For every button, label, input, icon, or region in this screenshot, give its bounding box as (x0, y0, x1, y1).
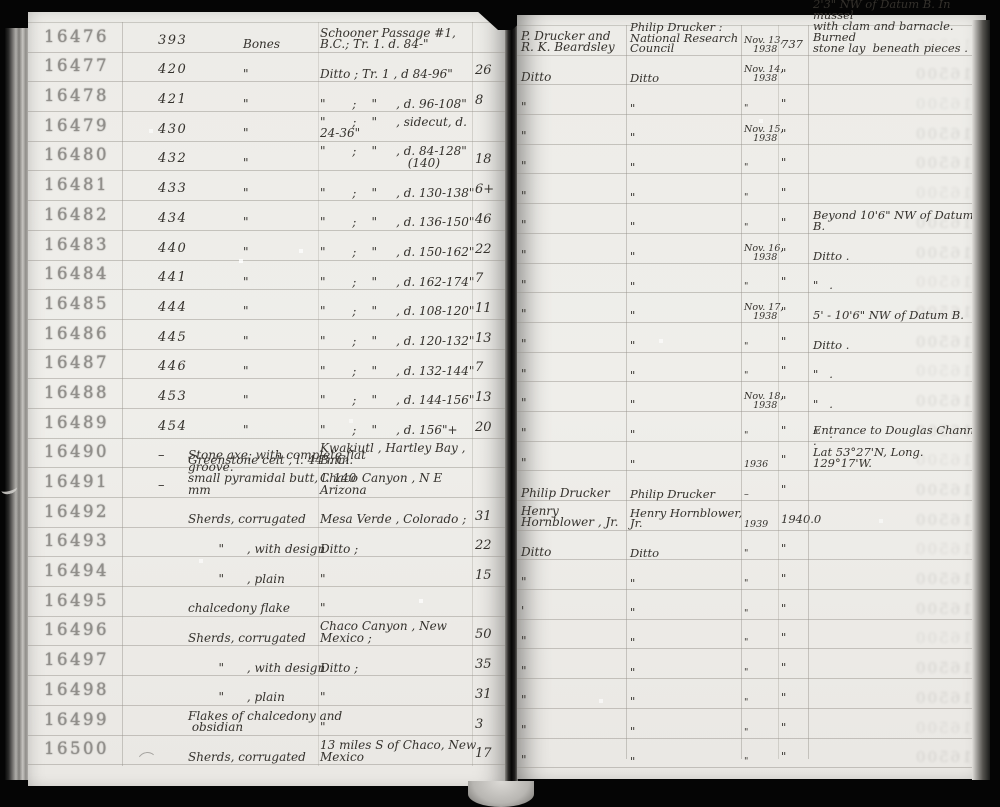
bleed-through-number: 16500 (914, 748, 972, 766)
donor-cell: " (630, 162, 743, 173)
donor-cell: " (630, 696, 743, 707)
column-rule (741, 25, 742, 759)
ledger-row: 16500Sherds, corrugated13 miles S of Cha… (28, 736, 507, 766)
locality-cell: " ; " , d. 136-150" (320, 217, 480, 229)
locality-cell: " ; " , d. 162-174" (320, 277, 480, 289)
collector-cell: " (521, 191, 629, 203)
donor-cell: Philip Drucker : National Research Counc… (630, 22, 743, 54)
collector-cell: " (521, 250, 629, 262)
donor-cell: Henry Hornblower, Jr. (630, 508, 743, 529)
locality-cell: Chaco Canyon , New Mexico ; (320, 621, 480, 644)
bleed-through-number: 16500 (914, 95, 972, 113)
catalog-number-cell: 16500 (44, 739, 126, 758)
ledger-row: """"16500 (517, 145, 986, 175)
collector-cell: Henry Hornblower , Jr. (521, 506, 629, 529)
donor-cell: " (630, 132, 743, 143)
catalog-number-cell: 16483 (44, 235, 126, 254)
collector-cell: " (521, 666, 629, 678)
bleed-through-number: 16500 (914, 362, 972, 380)
ledger-row: 16480432"" ; " , d. 84-128" (140)18 (28, 142, 507, 172)
catalog-number-cell: 16479 (44, 116, 126, 135)
donor-cell: " (630, 399, 743, 410)
bleed-through-number: 16500 (914, 659, 972, 677)
donor-cell: " (630, 370, 743, 381)
column-rule (122, 22, 123, 766)
column-rule (626, 25, 627, 759)
ledger-row: 16492Sherds, corrugatedMesa Verde , Colo… (28, 498, 507, 528)
ledger-row: Henry Hornblower , Jr.Henry Hornblower, … (517, 501, 986, 531)
locality-cell: " ; " , sidecut, d. 24-36" (320, 117, 480, 140)
ledger-row: 16482434"" ; " , d. 136-150"46 (28, 201, 507, 231)
locality-cell: Mesa Verde , Colorado ; (320, 514, 480, 526)
bleed-through-number: 16500 (914, 184, 972, 202)
ledger-row: 16491–Stone axe; with complete flat groo… (28, 468, 507, 498)
locality-cell: Ditto ; (320, 544, 480, 556)
locality-cell: " ; " , d. 144-156" (320, 395, 480, 407)
collector-cell: Philip Drucker (521, 488, 629, 500)
scanned-ledger-spread: 16476393BonesSchooner Passage #1, B.C.; … (0, 0, 1000, 807)
ledger-row: 16479430"" ; " , sidecut, d. 24-36" (28, 112, 507, 142)
ledger-row: ""Nov. 16, 1938"Ditto .16500 (517, 234, 986, 264)
bleed-through-number: 16500 (914, 392, 972, 410)
ledger-row: 16495chalcedony flake" (28, 587, 507, 617)
ledger-row: """"" .16500 (517, 264, 986, 294)
locality-cell: " (320, 574, 480, 586)
donor-cell: Ditto (630, 73, 743, 84)
catalog-number-cell: 16489 (44, 413, 126, 432)
collector-cell: " (521, 755, 629, 767)
collector-cell: Ditto (521, 547, 629, 559)
ledger-row: """"16500 (517, 85, 986, 115)
column-rule (472, 22, 473, 766)
column-rule (778, 25, 779, 759)
locality-cell: Ditto ; Tr. 1 , d 84-96" (320, 69, 480, 81)
collector-cell: " (521, 309, 629, 321)
donor-cell: " (630, 310, 743, 321)
catalog-number-cell: 16498 (44, 680, 126, 699)
locality-cell: 13 miles S of Chaco, New Mexico (320, 740, 480, 763)
donor-cell: " (630, 251, 743, 262)
ledger-row: ""Nov. 17, 1938"5' - 10'6" NW of Datum B… (517, 293, 986, 323)
catalog-number-cell: 16482 (44, 205, 126, 224)
collector-cell: " (521, 695, 629, 707)
locality-cell: Ditto ; (320, 663, 480, 675)
ledger-row: 16497 " , with designDitto ;35 (28, 646, 507, 676)
ledger-row: 16486445"" ; " , d. 120-132"13 (28, 320, 507, 350)
left-page-rows: 16476393BonesSchooner Passage #1, B.C.; … (28, 22, 507, 765)
collector-cell: " (521, 369, 629, 381)
ledger-row: 16493 " , with designDitto ;22 (28, 528, 507, 558)
bleed-through-number: 16500 (914, 600, 972, 618)
right-page-rows: P. Drucker and R. K. BeardsleyPhilip Dru… (517, 25, 986, 768)
ledger-row: """"16500 (517, 649, 986, 679)
locality-cell: " (320, 603, 480, 615)
catalog-number-cell: 16493 (44, 531, 126, 550)
ledger-row: DittoDitto""16500 (517, 531, 986, 561)
ledger-row: 16498 " , plain"31 (28, 676, 507, 706)
catalog-number-cell: 16492 (44, 502, 126, 521)
bleed-through-number: 16500 (914, 511, 972, 529)
collector-cell: " (521, 220, 629, 232)
locality-cell: " ; " , d. 120-132" (320, 336, 480, 348)
ledger-row: """"16500 (517, 620, 986, 650)
locality-cell: Schooner Passage #1, B.C.; Tr. 1. d. 84-… (320, 28, 480, 51)
column-rule (808, 25, 809, 759)
ledger-row: ""Nov. 15, 1938"16500 (517, 115, 986, 145)
bleed-through-number: 16500 (914, 481, 972, 499)
locality-cell: " ; " , d. 84-128" (140) (320, 146, 480, 169)
ledger-row: """"16500 (517, 679, 986, 709)
collector-cell: " (521, 161, 629, 173)
locality-cell: Chaco Canyon , N E Arizona (320, 473, 480, 496)
locality-cell: " ; " , d. 132-144" (320, 366, 480, 378)
catalog-number-cell: 16484 (44, 264, 126, 283)
donor-cell: " (630, 667, 743, 678)
bleed-through-number: 16500 (914, 629, 972, 647)
book-right-page-edges (972, 20, 990, 780)
ledger-row: 16478421"" ; " , d. 96-108"8 (28, 82, 507, 112)
bleed-through-number: 16500 (914, 303, 972, 321)
donor-cell: " (630, 726, 743, 737)
donor-cell: " (630, 459, 743, 470)
collector-cell: " (521, 280, 629, 292)
bleed-through-number: 16500 (914, 273, 972, 291)
catalog-number-cell: 16487 (44, 353, 126, 372)
bleed-through-number: 16500 (914, 451, 972, 469)
ledger-row: 16484441"" ; " , d. 162-174"7 (28, 261, 507, 291)
catalog-number-cell: 16490 (44, 442, 126, 461)
donor-cell: " (630, 756, 743, 767)
collector-cell: " (521, 102, 629, 114)
catalog-number-cell: 16491 (44, 472, 126, 491)
ledger-row: """"" .16500 (517, 353, 986, 383)
collector-cell: ' (521, 606, 629, 618)
ledger-row: ""1936"Entrance to Douglas Channel . Lat… (517, 442, 986, 472)
locality-cell: " ; " , d. 150-162" (320, 247, 480, 259)
locality-cell: " (320, 692, 480, 704)
bleed-through-number: 16500 (914, 719, 972, 737)
page-corner-curl (468, 781, 534, 807)
ledger-row: 16476393BonesSchooner Passage #1, B.C.; … (28, 23, 507, 53)
bleed-through-number: 16500 (914, 244, 972, 262)
collector-cell: " (521, 458, 629, 470)
collector-cell: " (521, 636, 629, 648)
donor-cell: " (630, 103, 743, 114)
bleed-through-number: 16500 (914, 125, 972, 143)
catalog-number-cell: 16494 (44, 561, 126, 580)
catalog-number-cell: 16480 (44, 145, 126, 164)
collector-cell: P. Drucker and R. K. Beardsley (521, 31, 629, 54)
ledger-row: ""Nov. 18, 1938"" .16500 (517, 382, 986, 412)
locality-cell: " (320, 722, 480, 734)
donor-cell: Ditto (630, 548, 743, 559)
ledger-row: 16499Flakes of chalcedony and obsidian"3 (28, 706, 507, 736)
donor-cell: " (630, 607, 743, 618)
collector-cell: " (521, 428, 629, 440)
ledger-row: P. Drucker and R. K. BeardsleyPhilip Dru… (517, 26, 986, 56)
locality-cell: " ; " , d. 108-120" (320, 306, 480, 318)
collector-cell: " (521, 577, 629, 589)
ledger-row: 16477420"Ditto ; Tr. 1 , d 84-96"26 (28, 53, 507, 83)
ledger-row: 16496Sherds, corrugatedChaco Canyon , Ne… (28, 617, 507, 647)
ledger-row: """"16500 (517, 739, 986, 769)
scan-noise (0, 0, 2, 2)
ledger-row: """"16500 (517, 174, 986, 204)
ledger-row: 16494 " , plain"15 (28, 557, 507, 587)
collector-cell: " (521, 339, 629, 351)
ledger-row: """"Beyond 10'6" NW of Datum B.16500 (517, 204, 986, 234)
ledger-row: 16487446"" ; " , d. 132-144"7 (28, 350, 507, 380)
catalog-number-cell: 16499 (44, 710, 126, 729)
ledger-row: """"16500 (517, 560, 986, 590)
collector-cell: " (521, 725, 629, 737)
catalog-number-cell: 16477 (44, 56, 126, 75)
bleed-through-number: 16500 (914, 689, 972, 707)
bleed-through-number: 16500 (914, 570, 972, 588)
ledger-row: 16489454"" ; " , d. 156"+20 (28, 409, 507, 439)
catalog-number-cell: 16481 (44, 175, 126, 194)
bleed-through-number: 16500 (914, 36, 972, 54)
catalog-number-cell: 16485 (44, 294, 126, 313)
locality-cell: " ; " , d. 156"+ (320, 425, 480, 437)
bleed-through-number: 16500 (914, 65, 972, 83)
locality-cell: " ; " , d. 96-108" (320, 99, 480, 111)
bleed-through-number: 16500 (914, 333, 972, 351)
donor-cell: " (630, 578, 743, 589)
ledger-row: 16481433"" ; " , d. 130-138"6+ (28, 171, 507, 201)
donor-cell: " (630, 221, 743, 232)
bleed-through-number: 16500 (914, 154, 972, 172)
ledger-left-page: 16476393BonesSchooner Passage #1, B.C.; … (28, 12, 507, 786)
catalog-number-cell: 16486 (44, 324, 126, 343)
donor-cell: " (630, 340, 743, 351)
ledger-row: Philip DruckerPhilip Drucker–"16500 (517, 471, 986, 501)
ledger-row: """"16500 (517, 709, 986, 739)
column-rule (318, 22, 319, 766)
ledger-row: """"Ditto .16500 (517, 323, 986, 353)
bleed-through-number: 16500 (914, 214, 972, 232)
donor-cell: Philip Drucker (630, 489, 743, 500)
ledger-right-page: P. Drucker and R. K. BeardsleyPhilip Dru… (517, 15, 986, 779)
ledger-row: 16483440"" ; " , d. 150-162"22 (28, 231, 507, 261)
bleed-through-number: 16500 (914, 540, 972, 558)
catalog-number-cell: 16488 (44, 383, 126, 402)
donor-cell: " (630, 429, 743, 440)
collector-cell: " (521, 398, 629, 410)
donor-cell: " (630, 281, 743, 292)
catalog-number-cell: 16496 (44, 620, 126, 639)
collector-cell: " (521, 131, 629, 143)
donor-cell: " (630, 637, 743, 648)
catalog-number-cell: 16478 (44, 86, 126, 105)
ledger-row: '"""16500 (517, 590, 986, 620)
catalog-number-cell: 16476 (44, 27, 126, 46)
ledger-row: 16485444"" ; " , d. 108-120"11 (28, 290, 507, 320)
locality-cell: " ; " , d. 130-138" (320, 188, 480, 200)
collector-cell: Ditto (521, 72, 629, 84)
ledger-row: 16488453"" ; " , d. 144-156"13 (28, 379, 507, 409)
donor-cell: " (630, 192, 743, 203)
catalog-number-cell: 16497 (44, 650, 126, 669)
ledger-row: DittoDittoNov. 14, 1938"16500 (517, 56, 986, 86)
catalog-number-cell: 16495 (44, 591, 126, 610)
